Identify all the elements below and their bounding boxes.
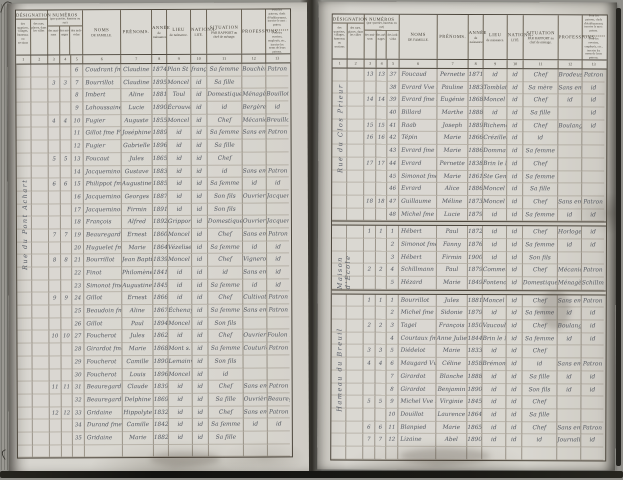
cell-sit: Sa fille (208, 140, 243, 153)
cell-m (50, 420, 62, 433)
cell-pat: id (581, 371, 603, 384)
cell-pre: Jules (437, 295, 468, 308)
column-title: PRÉNOMS. (121, 29, 151, 35)
cell-n: 8 (71, 90, 83, 103)
cell-n: 43 (387, 145, 399, 158)
cell-sit: Domestique (208, 216, 243, 229)
cell-prof: Sans emploi (243, 267, 267, 280)
cell-m (49, 242, 61, 255)
column-subtitle: LITÉ. (508, 38, 523, 42)
cell-lieu: id (482, 409, 506, 422)
table-row: 9924GillotErnest1866ididChefCultivateurP… (17, 292, 291, 306)
cell-d2 (32, 166, 49, 179)
cell-m (364, 332, 376, 345)
column-number: 2 (348, 60, 365, 68)
table-row: 171744EvrardPernette1838Brin le MontidCh… (332, 157, 606, 171)
cell-n: 22 (72, 267, 84, 280)
cell-nom: Billard (399, 107, 437, 120)
cell-prof: Sans emploi (558, 82, 582, 95)
cell-sit: Sa fille (209, 432, 244, 445)
cell-d1 (17, 293, 32, 306)
cell-an: 1885 (153, 178, 168, 191)
column-subtitle: de naissance. (469, 36, 483, 44)
cell-lieu: Moncel de Mse (483, 94, 507, 107)
cell-pat (268, 444, 290, 457)
column-number: 13 (583, 60, 605, 68)
table-row: 101027FoucherotJules1862ididChefOuvrier … (17, 330, 291, 344)
cell-n: 32 (73, 394, 85, 407)
cell-nom: Beaudoin fme Gillot (84, 305, 122, 318)
cell-pre: Firmin (122, 204, 153, 217)
cell-g: 2 (376, 264, 387, 277)
cell-nom: Simonot fme Evrard (399, 170, 437, 183)
cell-prof (558, 184, 582, 197)
table-row: 34Durand fme GridaineCamille1842ididSa f… (18, 419, 292, 433)
cell-pat: id (267, 241, 289, 254)
column-header-lieu: LIEUde naissance. (484, 15, 508, 59)
cell-an: 1889 (468, 120, 483, 133)
cell-m: 3 (48, 77, 60, 90)
table-row: 5HézardMarie1849FontenoyidDomestiqueMéna… (332, 277, 606, 291)
cell-m (49, 267, 61, 280)
table-row: 111131BeauregardClaude1839ididChefSans e… (18, 381, 292, 395)
cell-an: 1889 (153, 127, 168, 140)
table-row: 46EvrardAlice1886Moncel de MseidSa fille (332, 183, 606, 197)
column-number: 5 (388, 60, 400, 68)
cell-lieu: id (168, 330, 192, 343)
cell-pre: Jean Baptiste (122, 254, 153, 267)
cell-m: 7 (49, 229, 61, 242)
cell-n: 24 (72, 293, 84, 306)
cell-pre: Lucie (437, 208, 468, 221)
register-page-right: DÉSIGNATIONdes quartiers, villages, hame… (317, 1, 617, 470)
table-row: 16JacqueminotGeorges1887ididSon filsOuvr… (17, 190, 291, 204)
cell-lieu: Moncel de Mse (168, 318, 192, 331)
table-row: 17JacqueminotFirmin1891ididSon fils (17, 203, 291, 217)
cell-pre: Jules (122, 330, 153, 343)
cell-d1 (17, 141, 32, 154)
cell-nat: id (507, 95, 523, 108)
numeros-subtitle: (par quartier, hameau ou rue) (48, 17, 82, 24)
table-row: 4Courtaux fme TagelAnne Julie1844Brin le… (332, 332, 606, 346)
cell-pre: Firmin (437, 252, 468, 265)
cell-n: 20 (72, 242, 84, 255)
cell-pre: Aline (122, 305, 153, 318)
cell-d2 (33, 432, 50, 445)
cell-an: 1888 (468, 107, 483, 120)
cell-g (61, 267, 72, 280)
cell-d2 (31, 103, 48, 116)
numeros-sub-sub1: des mai- sons (365, 31, 377, 59)
cell-lieu: Échenay (168, 305, 192, 318)
cell-pre: Augustine (122, 178, 153, 191)
cell-sit: Domestique (207, 89, 242, 102)
cell-lieu: Tomblaine (483, 82, 507, 95)
cell-g: 15 (376, 119, 387, 132)
cell-nom: Schillmann (399, 264, 437, 277)
cell-sit: Chef (207, 114, 242, 127)
designation-sub-quartiers: des quartiers, villages, hameaux ou sect… (16, 20, 31, 55)
cell-lieu: Vaucouleurs (483, 320, 507, 333)
cell-lieu: Moncel de Mse (483, 295, 507, 308)
cell-pre: Blanche (436, 371, 467, 384)
numeros-subtitle: (par quartier, hameau ou rue) (365, 22, 399, 29)
cell-pre: Joseph (437, 120, 468, 133)
cell-prof: Sans emploi (243, 127, 267, 140)
cell-n: 30 (73, 369, 85, 382)
column-header-professions: PROFESSIONS. (559, 15, 583, 59)
cell-n: 42 (387, 132, 399, 145)
scan-bottom-shadow (0, 471, 623, 478)
cell-d1 (331, 446, 346, 459)
cell-nom: Simonot fme Finot (84, 280, 122, 293)
stain (540, 290, 570, 330)
cell-n: 6 (387, 358, 399, 371)
cell-sit: Chef (523, 95, 558, 108)
cell-nom: Gridaine (85, 432, 123, 445)
cell-nat: id (192, 153, 208, 166)
cell-d2 (33, 356, 50, 369)
cell-d2 (32, 318, 49, 331)
cell-d1 (17, 280, 32, 293)
cell-nat: id (193, 432, 209, 445)
cell-pre: Marie (123, 432, 154, 445)
cell-prof: id (243, 241, 267, 254)
table-row: 38Evrard Vve FoucaudPauline1883Tomblaine… (332, 81, 606, 95)
column-number: 6 (83, 55, 121, 63)
table-row: 6615Philippot fme JacqueminotAugustine18… (17, 178, 291, 192)
column-header-observations: Pour les patrons, chefs d'établissement,… (266, 9, 288, 53)
cell-n: 12 (72, 140, 84, 153)
cell-n: 29 (73, 356, 85, 369)
cell-n: 8 (386, 383, 398, 396)
cell-pre: Marie (122, 242, 153, 255)
observations-note-patrons: Pour les patrons, chefs d'établissement,… (266, 8, 288, 29)
cell-g (61, 166, 72, 179)
cell-nat: id (507, 277, 523, 290)
cell-pre: Georges (122, 191, 153, 204)
cell-an: 1845 (467, 396, 482, 409)
cell-sit: Chef (523, 265, 558, 278)
cell-an: 1879 (468, 209, 483, 222)
cell-pre: Pauline (437, 82, 468, 95)
cell-pat: Patron (582, 359, 604, 372)
cell-n: 39 (387, 94, 399, 107)
cell-nat: id (192, 165, 208, 178)
cell-n: 33 (73, 407, 85, 420)
cell-d2 (33, 369, 50, 382)
cell-n: 25 (72, 305, 84, 318)
cell-sit: Sa femme (208, 279, 243, 292)
cell-d2 (347, 81, 364, 94)
cell-nom: Jacqueminot (84, 204, 122, 217)
cell-m: 7 (363, 434, 375, 447)
cell-prof: Bouchère (242, 64, 266, 77)
cell-lieu: id (483, 226, 507, 239)
cell-an: 1886 (468, 145, 483, 158)
cell-nom: Coudrant fme Bouillot (83, 64, 121, 77)
cell-lieu: id (168, 191, 192, 204)
cell-prof: Sans emploi (244, 406, 268, 419)
cell-g (376, 239, 387, 252)
cell-lieu: id (168, 140, 192, 153)
observations-note-patrons: Pour les patrons, chefs d'établissement,… (583, 14, 605, 35)
cell-pat (582, 158, 604, 171)
cell-n: 27 (72, 331, 84, 344)
cell-nat: id (191, 76, 207, 89)
cell-lieu: Moncel de Mse (169, 368, 193, 381)
cell-nom: Huguelet fme Beauregard (84, 242, 122, 255)
cell-nom: Hézard (399, 277, 437, 290)
cell-nat: id (507, 171, 523, 184)
cell-pat (582, 252, 604, 265)
cell-pre: Gustave (122, 166, 153, 179)
cell-sit: Sa femme (208, 241, 243, 254)
table-row: 4410FugierAuguste1855Moncel de MseidChef… (16, 114, 290, 128)
cell-prof (557, 397, 581, 410)
cell-lieu: Moncel de Mse (167, 77, 191, 90)
cell-pre: Paul (437, 264, 468, 277)
cell-prof: Sans emploi (243, 228, 267, 241)
cell-m (49, 204, 61, 217)
cell-lieu: Brémoncourt (483, 358, 507, 371)
cell-g (375, 383, 386, 396)
cell-m (49, 166, 61, 179)
cell-an: 1868 (153, 343, 168, 356)
cell-lieu: id (168, 280, 192, 293)
cell-g (376, 107, 387, 120)
cell-sit: Sa femme (209, 419, 244, 432)
cell-d1 (17, 344, 32, 357)
table-body: Rue du Clos Prieur131337FoucaudPernette1… (331, 69, 606, 461)
cell-sit: Chef (523, 196, 558, 209)
cell-n: 5 (387, 345, 399, 358)
cell-pat (267, 317, 289, 330)
cell-nom: Hébert (399, 251, 437, 264)
cell-pre: Méline (437, 196, 468, 209)
cell-nat: id (506, 371, 522, 384)
cell-lieu: Richemont (483, 120, 507, 133)
cell-prof: id (557, 384, 581, 397)
cell-an: 1838 (468, 158, 483, 171)
cell-prof: Vigneron (243, 254, 267, 267)
cell-prof: Sans emploi (243, 305, 267, 318)
cell-g: 6 (375, 421, 386, 434)
cell-g (375, 409, 386, 422)
cell-n: 6 (71, 64, 83, 77)
designation-column-group: DÉSIGNATIONdes quartiers, villages, hame… (16, 10, 48, 54)
cell-nom: Raab (399, 120, 437, 133)
cell-m: 14 (364, 94, 376, 107)
cell-lieu: id (482, 422, 506, 435)
cell-pat: Foulon Fr. (267, 330, 289, 343)
cell-d1 (16, 77, 31, 90)
cell-nom: Beauregard (84, 229, 122, 242)
cell-pre: Lucie (121, 102, 152, 115)
cell-m (363, 409, 375, 422)
cell-g (61, 141, 72, 154)
cell-d2 (348, 69, 365, 82)
column-header-prenoms: PRÉNOMS. (438, 15, 469, 59)
cell-g (61, 242, 72, 255)
cell-an: 1890 (152, 102, 167, 115)
cell-lieu: Moncel de Mse (483, 183, 507, 196)
cell-nat: id (192, 318, 208, 331)
cell-d2 (347, 358, 364, 371)
cell-prof: Ouvrier agricole (243, 190, 267, 203)
column-number: 4 (60, 55, 71, 63)
cell-sit: id (522, 434, 557, 447)
cell-an: 1896 (154, 368, 169, 381)
cell-lieu: id (483, 209, 507, 222)
cell-g (60, 102, 71, 115)
numeros-sub-sub2: des mé- nages (376, 31, 387, 59)
cell-d2 (32, 331, 49, 344)
cell-m (50, 445, 62, 458)
margin-street-note: Rue du Pont Achart (21, 179, 29, 270)
cell-g (61, 204, 72, 217)
cell-g (62, 432, 73, 445)
cell-m: 1 (364, 294, 376, 307)
cell-g: 18 (376, 196, 387, 209)
cell-prof: Bergère (242, 102, 266, 115)
cell-pre: Paul (437, 226, 468, 239)
cell-d2 (347, 119, 364, 132)
cell-n: 47 (387, 196, 399, 209)
cell-g: 13 (377, 69, 388, 82)
cell-m (364, 145, 376, 158)
cell-pat: id (582, 82, 604, 95)
cell-n: 46 (387, 183, 399, 196)
cell-nom: Evrard Vve Foucaud (399, 81, 437, 94)
cell-n: 21 (72, 255, 84, 268)
cell-pre: Eugénie (437, 94, 468, 107)
column-header-nationalite: NATIONA-LITÉ. (508, 15, 524, 59)
cell-g: 8 (61, 255, 72, 268)
cell-m: 6 (49, 179, 61, 192)
cell-sit: Sa femme (208, 305, 243, 318)
cell-n: 38 (387, 81, 399, 94)
table-row: 11Gillot fme FugierJoséphine1889ididSa f… (17, 127, 291, 141)
cell-sit (522, 447, 557, 460)
cell-d2 (347, 132, 364, 145)
cell-m (50, 369, 62, 382)
cell-pre: Claudine (121, 64, 152, 77)
cell-n: 9 (71, 102, 83, 115)
cell-pat (267, 140, 289, 153)
column-subtitle: PAR RAPPORT au chef de ménage. (524, 36, 558, 44)
table-row: 337BourrillotClaudine1895Moncel de Mseid… (16, 76, 290, 90)
cell-sit: Sa femme (207, 64, 242, 77)
cell-nom: Michel Vve Douillot (398, 396, 436, 409)
cell-pat (582, 171, 604, 184)
cell-pat: Patron (582, 265, 604, 278)
cell-d1 (17, 166, 32, 179)
cell-lieu: Plan St Maur (167, 64, 191, 77)
cell-nom: Foucherot (85, 369, 123, 382)
cell-nat: id (193, 406, 209, 419)
cell-pre: Fanny (437, 239, 468, 252)
cell-pat: id (581, 435, 603, 448)
column-subtitle: de naissance. (484, 38, 507, 42)
cell-an: 1900 (468, 252, 483, 265)
cell-lieu: id (169, 419, 193, 432)
column-header-noms: NOMSDE FAMILLE. (83, 10, 121, 54)
cell-nom: Guillaume (399, 196, 437, 209)
cell-m: 6 (363, 421, 375, 434)
cell-g: 7 (375, 434, 386, 447)
cell-pat: Patron (267, 228, 289, 241)
cell-nom: Jacqueminot (84, 166, 122, 179)
cell-nom: Michel fme Guillaume (399, 208, 437, 221)
cell-d2 (347, 307, 364, 320)
cell-sit: Sa fille (209, 394, 244, 407)
column-header-professions: PROFESSIONS. (242, 10, 266, 54)
cell-an: 1881 (468, 295, 483, 308)
cell-m (363, 447, 375, 460)
cell-nom: Blanpied (398, 421, 436, 434)
cell-d2 (347, 294, 364, 307)
cell-lieu: Dommartin (483, 145, 507, 158)
census-table: DÉSIGNATIONdes quartiers, villages, hame… (330, 14, 608, 462)
cell-g (375, 370, 386, 383)
cell-n: 9 (386, 396, 398, 409)
cell-m (49, 318, 61, 331)
scanned-census-register: DÉSIGNATIONdes quartiers, villages, hame… (0, 0, 623, 480)
cell-nat: id (192, 305, 208, 318)
cell-d2 (32, 255, 49, 268)
cell-nom: Gridaine (85, 407, 123, 420)
column-subtitle: LITÉ. (191, 33, 206, 37)
designation-column-group: DÉSIGNATIONdes quartiers, villages, hame… (333, 15, 365, 59)
cell-pre: Claude (123, 381, 154, 394)
table-row: 111HébertPaul1872ididChefHorlogerid (332, 226, 606, 240)
cell-prof: Cultivateur (243, 292, 267, 305)
cell-nat: id (507, 133, 523, 146)
cell-nom: Beauregard (85, 381, 123, 394)
cell-prof: Sans emploi (557, 422, 581, 435)
cell-prof: id (558, 333, 582, 346)
cell-lieu: id (168, 165, 192, 178)
cell-pat: Patron (267, 292, 289, 305)
cell-pre: Claudine (121, 77, 152, 90)
cell-nom: Tagel (399, 320, 437, 333)
cell-nat: id (192, 330, 208, 343)
cell-nat: id (507, 107, 523, 120)
cell-d1 (18, 356, 33, 369)
cell-pat: id (266, 101, 288, 114)
cell-an: 1886 (468, 183, 483, 196)
cell-pat: Patron (267, 304, 289, 317)
cell-sit: Chef (208, 152, 243, 165)
cell-d2 (347, 107, 364, 120)
cell-lieu: Lemainville (169, 356, 193, 369)
cell-nat: id (192, 127, 208, 140)
cell-d1 (17, 128, 32, 141)
cell-prof: Journalier (557, 435, 581, 448)
cell-prof: Mécanicien (558, 265, 582, 278)
designation-subcolumns: des quartiers, villages, hameaux ou sect… (333, 23, 364, 59)
cell-m: 8 (49, 255, 61, 268)
cell-g (375, 447, 386, 460)
cell-pre: Marie (122, 343, 153, 356)
table-row: 48Michel fme GuillaumeLucie1879ididSa fe… (332, 208, 606, 222)
column-header-situation: SITUATIONPAR RAPPORT au chef de ménage. (207, 10, 242, 54)
cell-prof (243, 152, 267, 165)
cell-d2 (31, 64, 48, 77)
cell-nat: id (507, 333, 523, 346)
cell-pre: Laurence (436, 409, 467, 422)
